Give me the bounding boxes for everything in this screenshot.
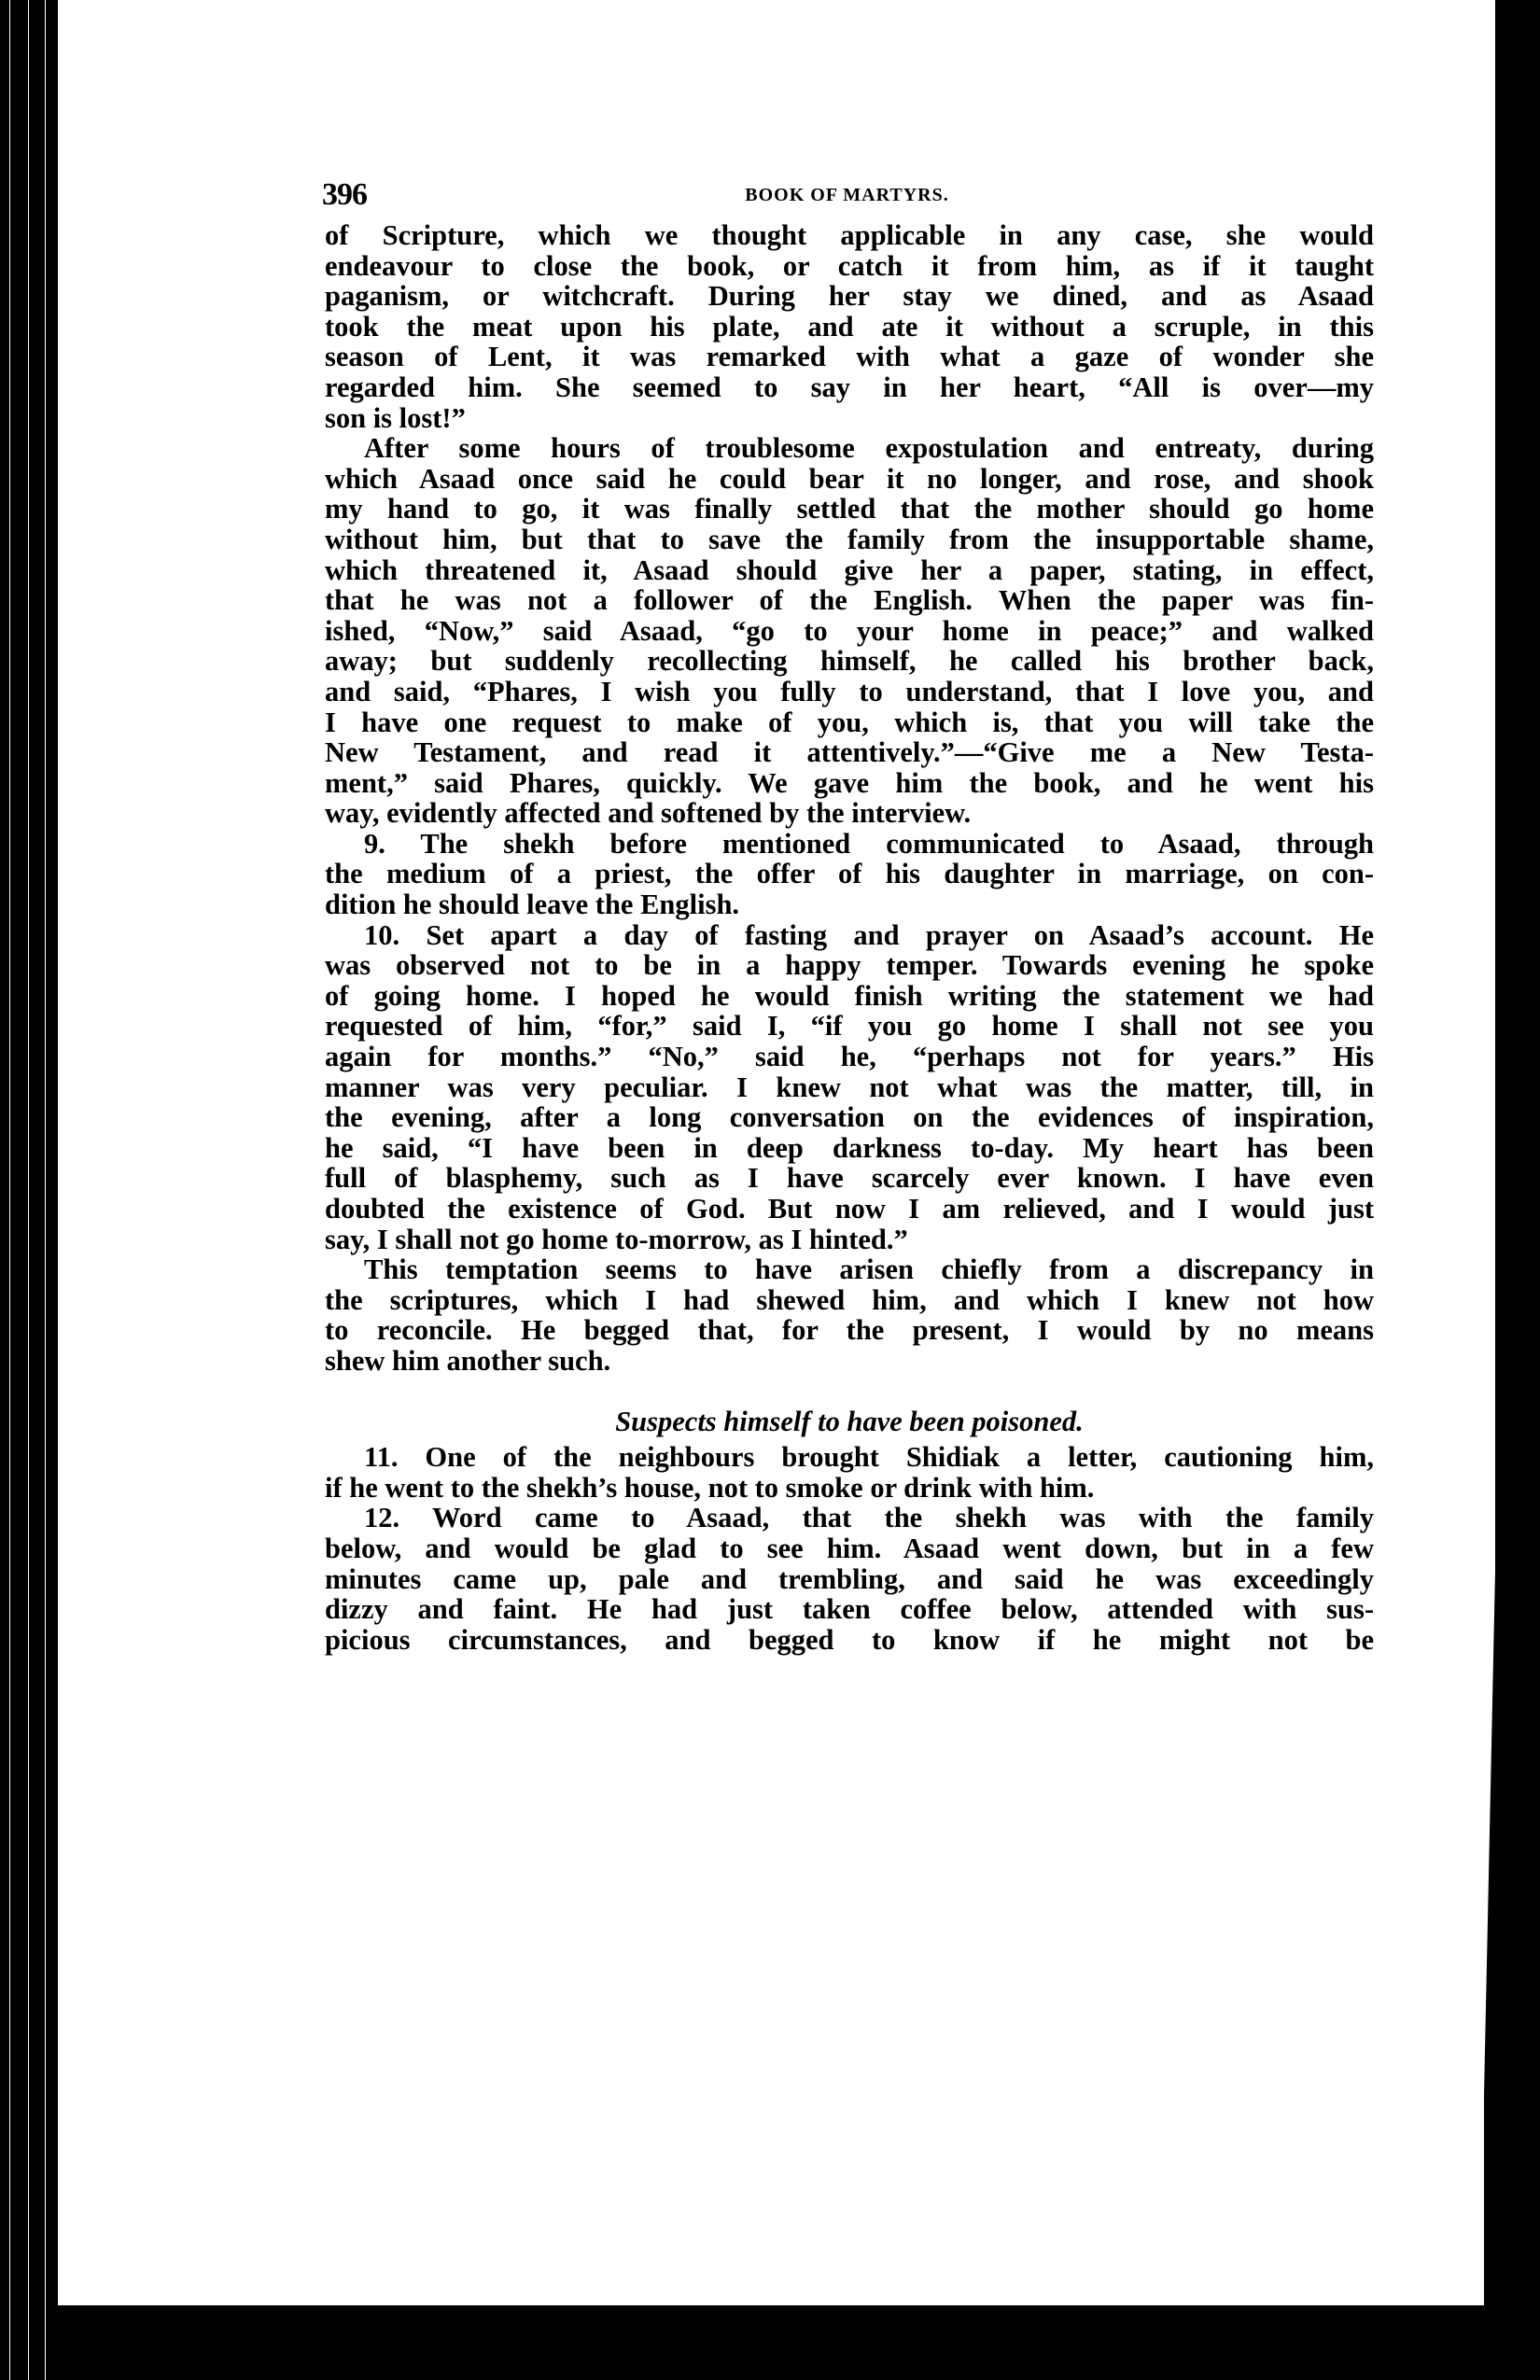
text-line: again for months.” “No,” said he, “perha…	[325, 1042, 1374, 1072]
text-line: manner was very peculiar. I knew not wha…	[325, 1072, 1374, 1103]
text-line: full of blasphemy, such as I have scarce…	[325, 1163, 1374, 1194]
text-line: paganism, or witchcraft. During her stay…	[325, 281, 1374, 312]
text-line: dition he should leave the English.	[325, 889, 1374, 920]
text-line: endeavour to close the book, or catch it…	[325, 251, 1374, 282]
text-line: which Asaad once said he could bear it n…	[325, 464, 1374, 495]
text-line: requested of him, “for,” said I, “if you…	[325, 1011, 1374, 1042]
text-line: below, and would be glad to see him. Asa…	[325, 1533, 1374, 1564]
text-line: to reconcile. He begged that, for the pr…	[325, 1315, 1374, 1346]
body-text: of Scripture, which we thought applicabl…	[325, 220, 1374, 1655]
text-line: season of Lent, it was remarked with wha…	[325, 342, 1374, 372]
text-line: 10. Set apart a day of fasting and praye…	[325, 920, 1374, 951]
running-head: 396 BOOK OF MARTYRS.	[322, 177, 1372, 209]
text-line: the evening, after a long conversation o…	[325, 1102, 1374, 1133]
scan-gutter-shadow	[0, 0, 58, 2380]
paragraph-item-11: 11. One of the neighbours brought Shidia…	[325, 1442, 1374, 1503]
paragraph: After some hours of troublesome expostul…	[325, 433, 1374, 829]
text-line: picious circumstances, and begged to kno…	[325, 1625, 1374, 1656]
text-line: the medium of a priest, the offer of his…	[325, 859, 1374, 889]
text-line: the scriptures, which I had shewed him, …	[325, 1285, 1374, 1316]
text-line: that he was not a follower of the Englis…	[325, 585, 1374, 616]
text-line: he said, “I have been in deep darkness t…	[325, 1133, 1374, 1164]
text-line: doubted the existence of God. But now I …	[325, 1194, 1374, 1225]
paragraph-item-12: 12. Word came to Asaad, that the shekh w…	[325, 1503, 1374, 1655]
section-heading: Suspects himself to have been poisoned.	[325, 1407, 1374, 1437]
text-line: 9. The shekh before mentioned communicat…	[325, 829, 1374, 860]
text-line: This temptation seems to have arisen chi…	[325, 1254, 1374, 1285]
text-line: say, I shall not go home to-morrow, as I…	[325, 1225, 1374, 1255]
text-line: way, evidently affected and softened by …	[325, 798, 1374, 829]
text-line: ished, “Now,” said Asaad, “go to your ho…	[325, 616, 1374, 647]
text-line: shew him another such.	[325, 1346, 1374, 1377]
paragraph-item-9: 9. The shekh before mentioned communicat…	[325, 829, 1374, 920]
text-line: and said, “Phares, I wish you fully to u…	[325, 677, 1374, 707]
text-line: dizzy and faint. He had just taken coffe…	[325, 1594, 1374, 1625]
text-line: without him, but that to save the family…	[325, 525, 1374, 555]
text-line: regarded him. She seemed to say in her h…	[325, 372, 1374, 403]
text-line: which threatened it, Asaad should give h…	[325, 555, 1374, 586]
text-line: away; but suddenly recollecting himself,…	[325, 646, 1374, 677]
text-line: son is lost!”	[325, 403, 1374, 434]
text-line: 11. One of the neighbours brought Shidia…	[325, 1442, 1374, 1473]
text-line: After some hours of troublesome expostul…	[325, 433, 1374, 464]
paragraph: This temptation seems to have arisen chi…	[325, 1254, 1374, 1376]
text-line: ment,” said Phares, quickly. We gave him…	[325, 768, 1374, 799]
text-line: of Scripture, which we thought applicabl…	[325, 220, 1374, 251]
text-line: of going home. I hoped he would finish w…	[325, 981, 1374, 1012]
text-line: 12. Word came to Asaad, that the shekh w…	[325, 1503, 1374, 1533]
paragraph: of Scripture, which we thought applicabl…	[325, 220, 1374, 433]
text-line: I have one request to make of you, which…	[325, 707, 1374, 738]
text-line: if he went to the shekh’s house, not to …	[325, 1473, 1374, 1504]
paragraph-item-10: 10. Set apart a day of fasting and praye…	[325, 920, 1374, 1255]
running-title: BOOK OF MARTYRS.	[322, 185, 1372, 206]
text-line: New Testament, and read it attentively.”…	[325, 737, 1374, 768]
text-line: minutes came up, pale and trembling, and…	[325, 1564, 1374, 1595]
text-line: was observed not to be in a happy temper…	[325, 950, 1374, 981]
text-line: took the meat upon his plate, and ate it…	[325, 312, 1374, 343]
text-line: my hand to go, it was finally settled th…	[325, 494, 1374, 525]
